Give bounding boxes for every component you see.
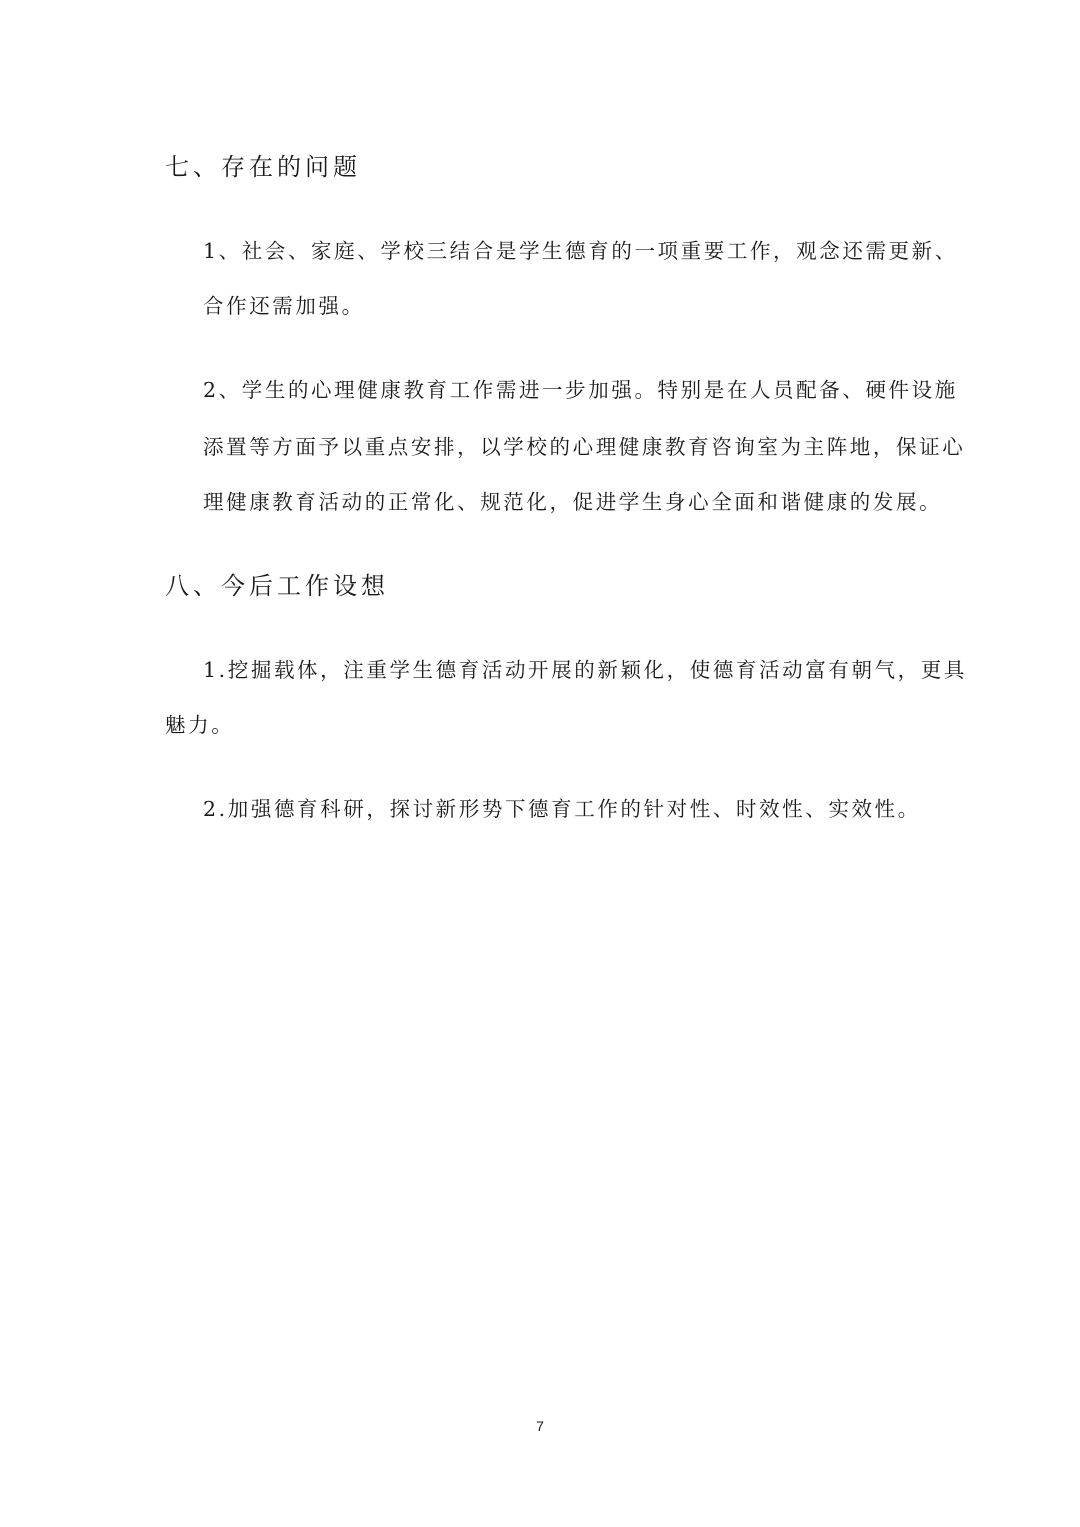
plan-1-line-2: 魅力。 [165,708,234,738]
page-number: 7 [0,1418,1080,1434]
problem-2-line-2: 添置等方面予以重点安排，以学校的心理健康教育咨询室为主阵地，保证心 [203,430,965,460]
plan-1-line-1: 1.挖掘载体，注重学生德育活动开展的新颖化，使德育活动富有朝气，更具 [203,653,967,683]
problem-2-line-3: 理健康教育活动的正常化、规范化，促进学生身心全面和谐健康的发展。 [203,485,942,515]
plan-2-line-1: 2.加强德育科研，探讨新形势下德育工作的针对性、时效性、实效性。 [203,792,921,822]
document-page: 七、存在的问题 1、社会、家庭、学校三结合是学生德育的一项重要工作，观念还需更新… [0,0,1080,1527]
section-heading-problems: 七、存在的问题 [165,147,361,182]
problem-2-line-1: 2、学生的心理健康教育工作需进一步加强。特别是在人员配备、硬件设施 [203,373,958,403]
problem-1-line-1: 1、社会、家庭、学校三结合是学生德育的一项重要工作，观念还需更新、 [203,234,958,264]
section-heading-future-plans: 八、今后工作设想 [165,566,389,601]
problem-1-line-2: 合作还需加强。 [203,289,365,319]
